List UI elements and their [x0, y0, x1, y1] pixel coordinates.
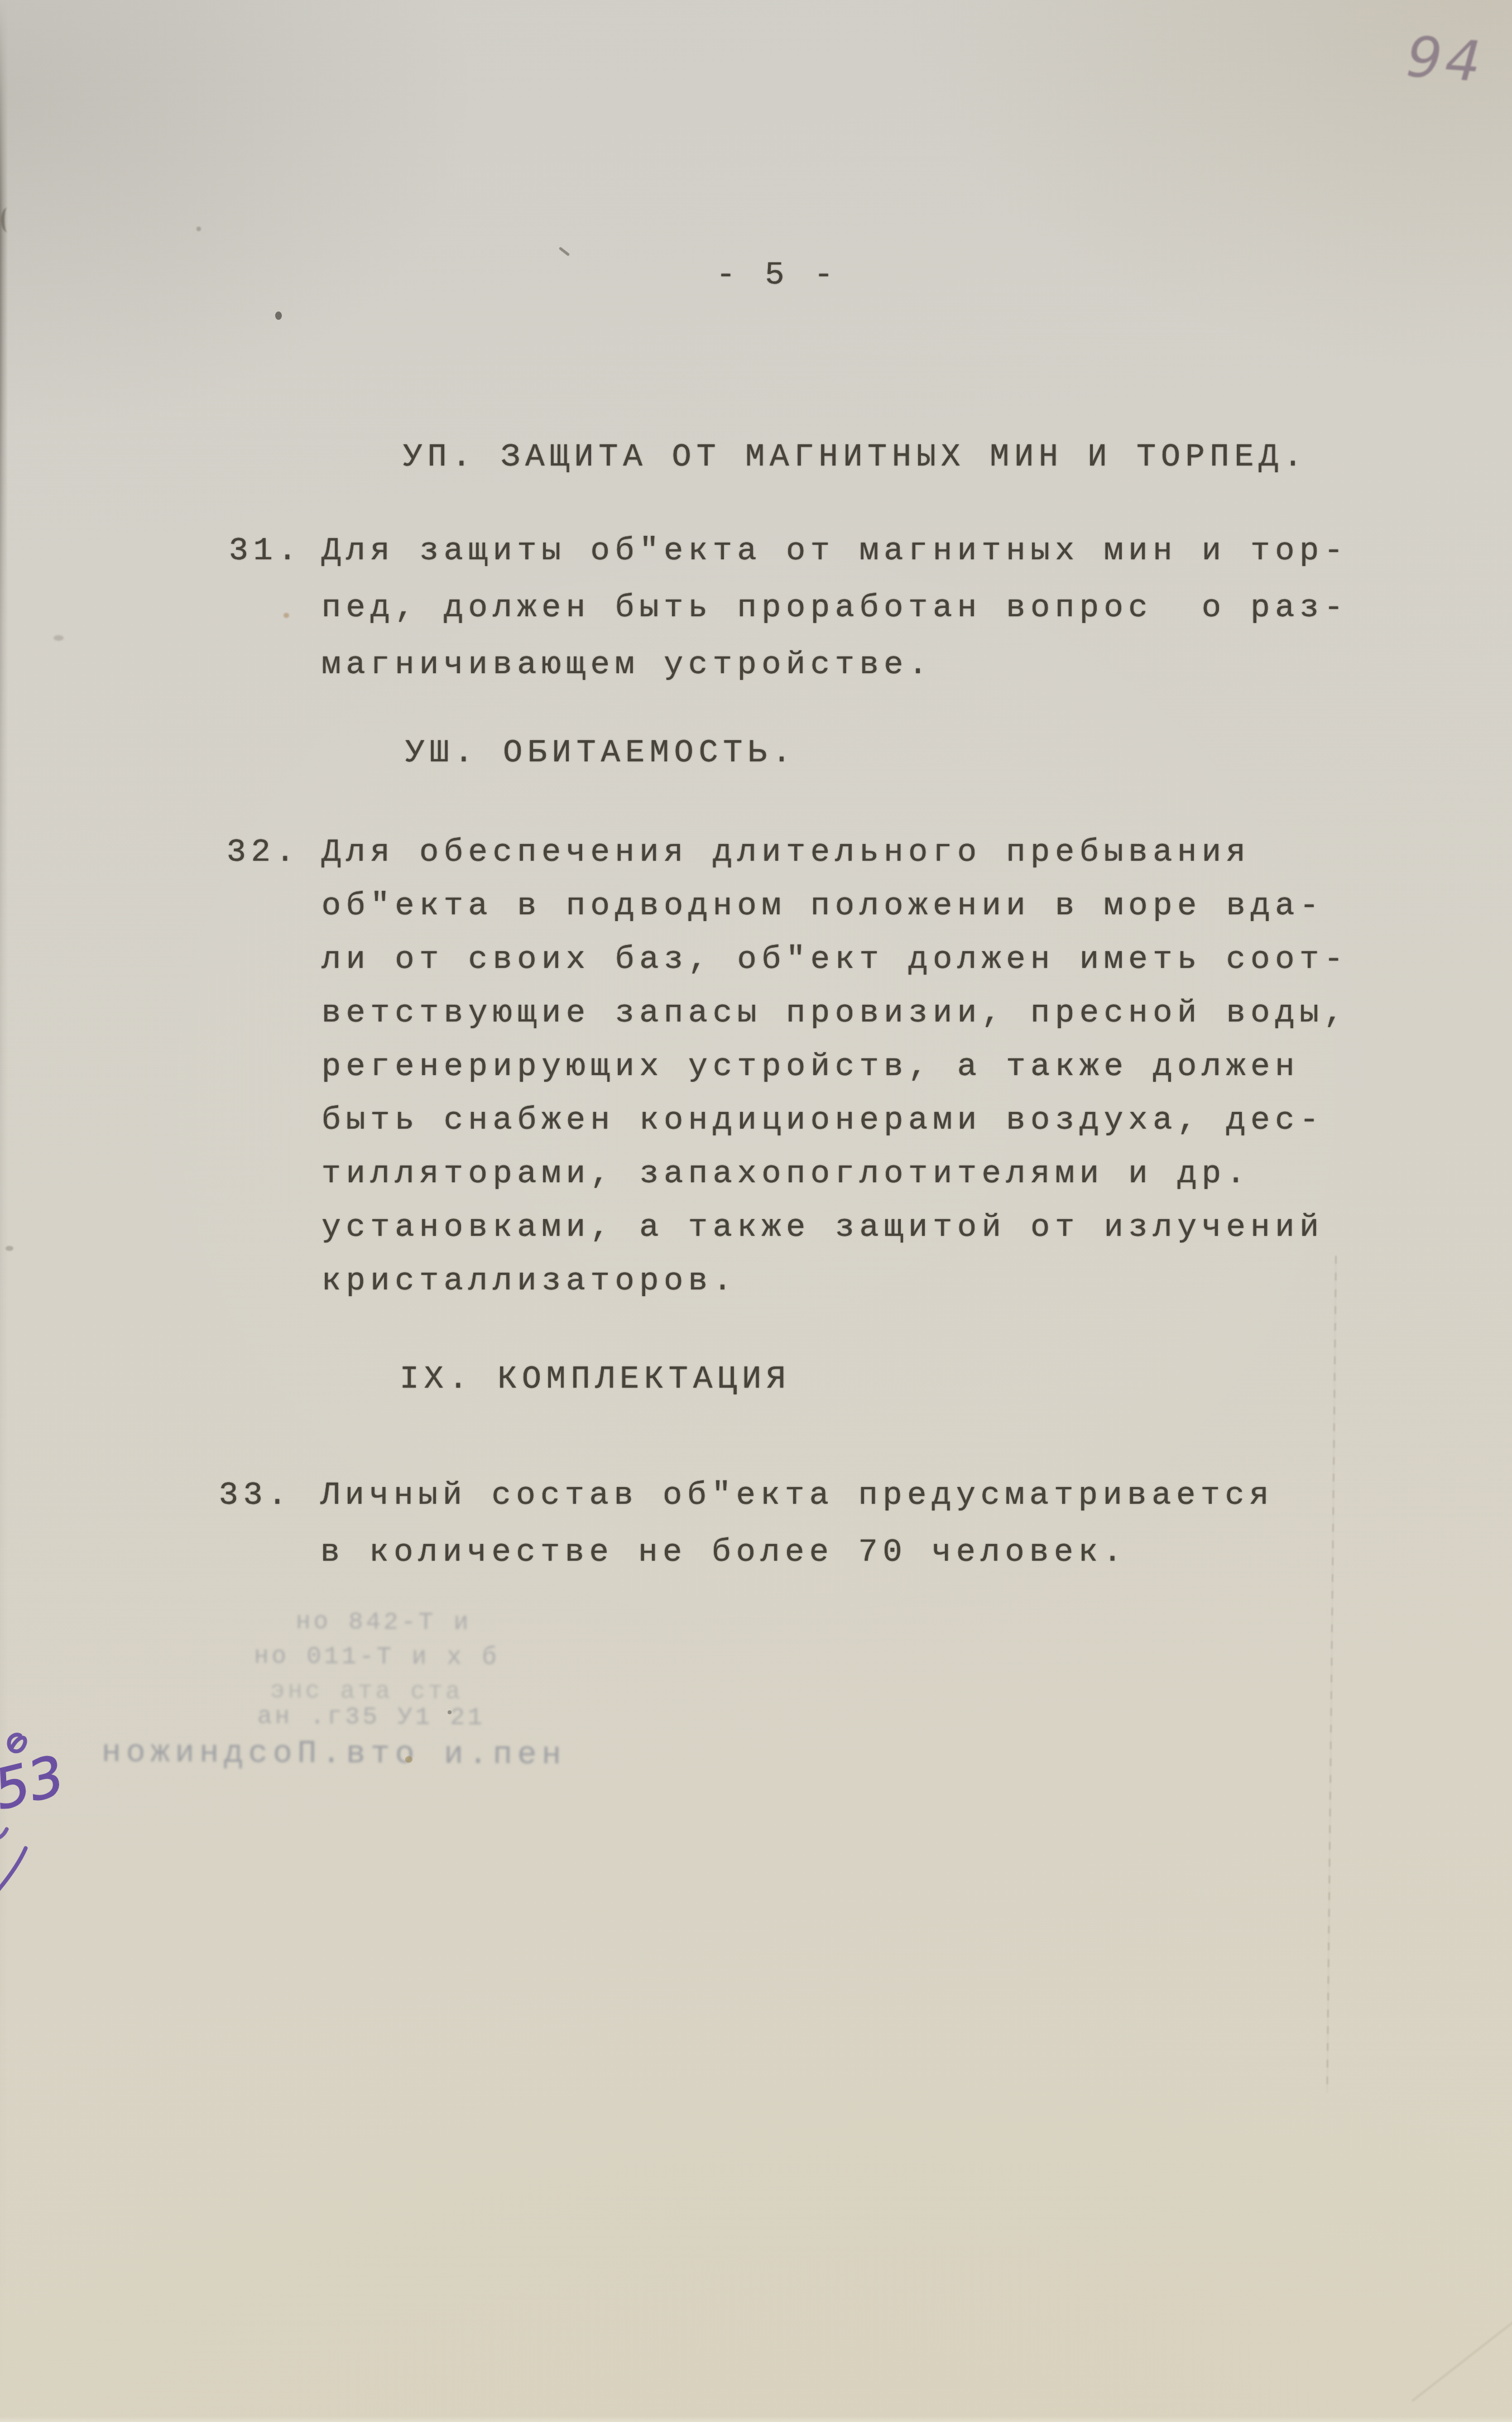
ink-margin-number: 53 — [0, 1744, 71, 1823]
clause-32-line: установками, а также защитой от излучени… — [321, 1210, 1324, 1246]
clause-31-line: пед, должен быть проработан вопрос о раз… — [321, 591, 1348, 626]
clause-number-33: 33. — [219, 1478, 292, 1514]
paper-speck — [448, 1710, 452, 1714]
paper-speck — [6, 1246, 13, 1251]
paper-mark-curve — [1, 208, 15, 232]
clause-32-line: быть снабжен кондиционерами воздуха, дес… — [321, 1103, 1324, 1139]
paper-speck — [559, 247, 570, 256]
clause-number-32: 32. — [227, 835, 300, 871]
section-viii-heading: УШ. ОБИТАЕМОСТЬ. — [405, 736, 796, 771]
scanned-document-page: 94 - 5 - УП. ЗАЩИТА ОТ МАГНИТНЫХ МИН И Т… — [0, 0, 1512, 2422]
bleed-through-line: но 842-Т и — [296, 1608, 471, 1637]
paper-smudge — [54, 635, 64, 641]
page-left-edge-shadow — [0, 0, 8, 2422]
section-ix-heading: IX. КОМПЛЕКТАЦИЯ — [400, 1362, 791, 1398]
paper-speck — [196, 227, 201, 231]
clause-32-line: ветствующие запасы провизии, пресной вод… — [321, 996, 1348, 1032]
clause-32-line: ли от своих баз, об"ект должен иметь соо… — [321, 942, 1348, 978]
clause-33-line: Личный состав об"екта предусматривается — [320, 1478, 1274, 1514]
paper-crease-vertical — [1326, 1256, 1337, 2093]
handwritten-folio-number: 94 — [1404, 24, 1486, 94]
bleed-through-line: энс ата ста — [270, 1677, 463, 1706]
clause-31-line: Для защиты об"екта от магнитных мин и то… — [321, 534, 1348, 569]
clause-31-line: магничивающем устройстве. — [321, 648, 933, 683]
section-vii-heading: УП. ЗАЩИТА ОТ МАГНИТНЫХ МИН И ТОРПЕД. — [403, 440, 1308, 476]
clause-32-line: кристаллизаторов. — [321, 1264, 737, 1299]
paper-speck-brown — [284, 613, 289, 618]
bleed-through-line: ножиндсоП.вто и.пен — [102, 1735, 567, 1773]
bleed-through-line: но 011-Т и х б — [254, 1643, 500, 1672]
ink-margin-scribble: 53 — [0, 1728, 42, 1895]
paper-speck — [275, 311, 282, 320]
bleed-through-line: ан .г35 У1 21 — [257, 1703, 486, 1732]
clause-33-line: в количестве не более 70 человек. — [320, 1535, 1127, 1571]
clause-32-line: об"екта в подводном положении в море вда… — [321, 889, 1324, 924]
clause-32-line: тилляторами, запахопоглотителями и др. — [321, 1157, 1251, 1192]
paper-crease-diagonal — [1412, 2318, 1512, 2402]
paper-speck-brown — [405, 1756, 412, 1763]
clause-32-line: Для обеспечения длительного пребывания — [321, 835, 1251, 871]
clause-number-31: 31. — [229, 534, 302, 569]
clause-32-line: регенерирующих устройств, а также должен — [321, 1049, 1299, 1085]
page-number: - 5 - — [716, 258, 838, 294]
page-bottom-edge — [0, 2416, 1512, 2422]
